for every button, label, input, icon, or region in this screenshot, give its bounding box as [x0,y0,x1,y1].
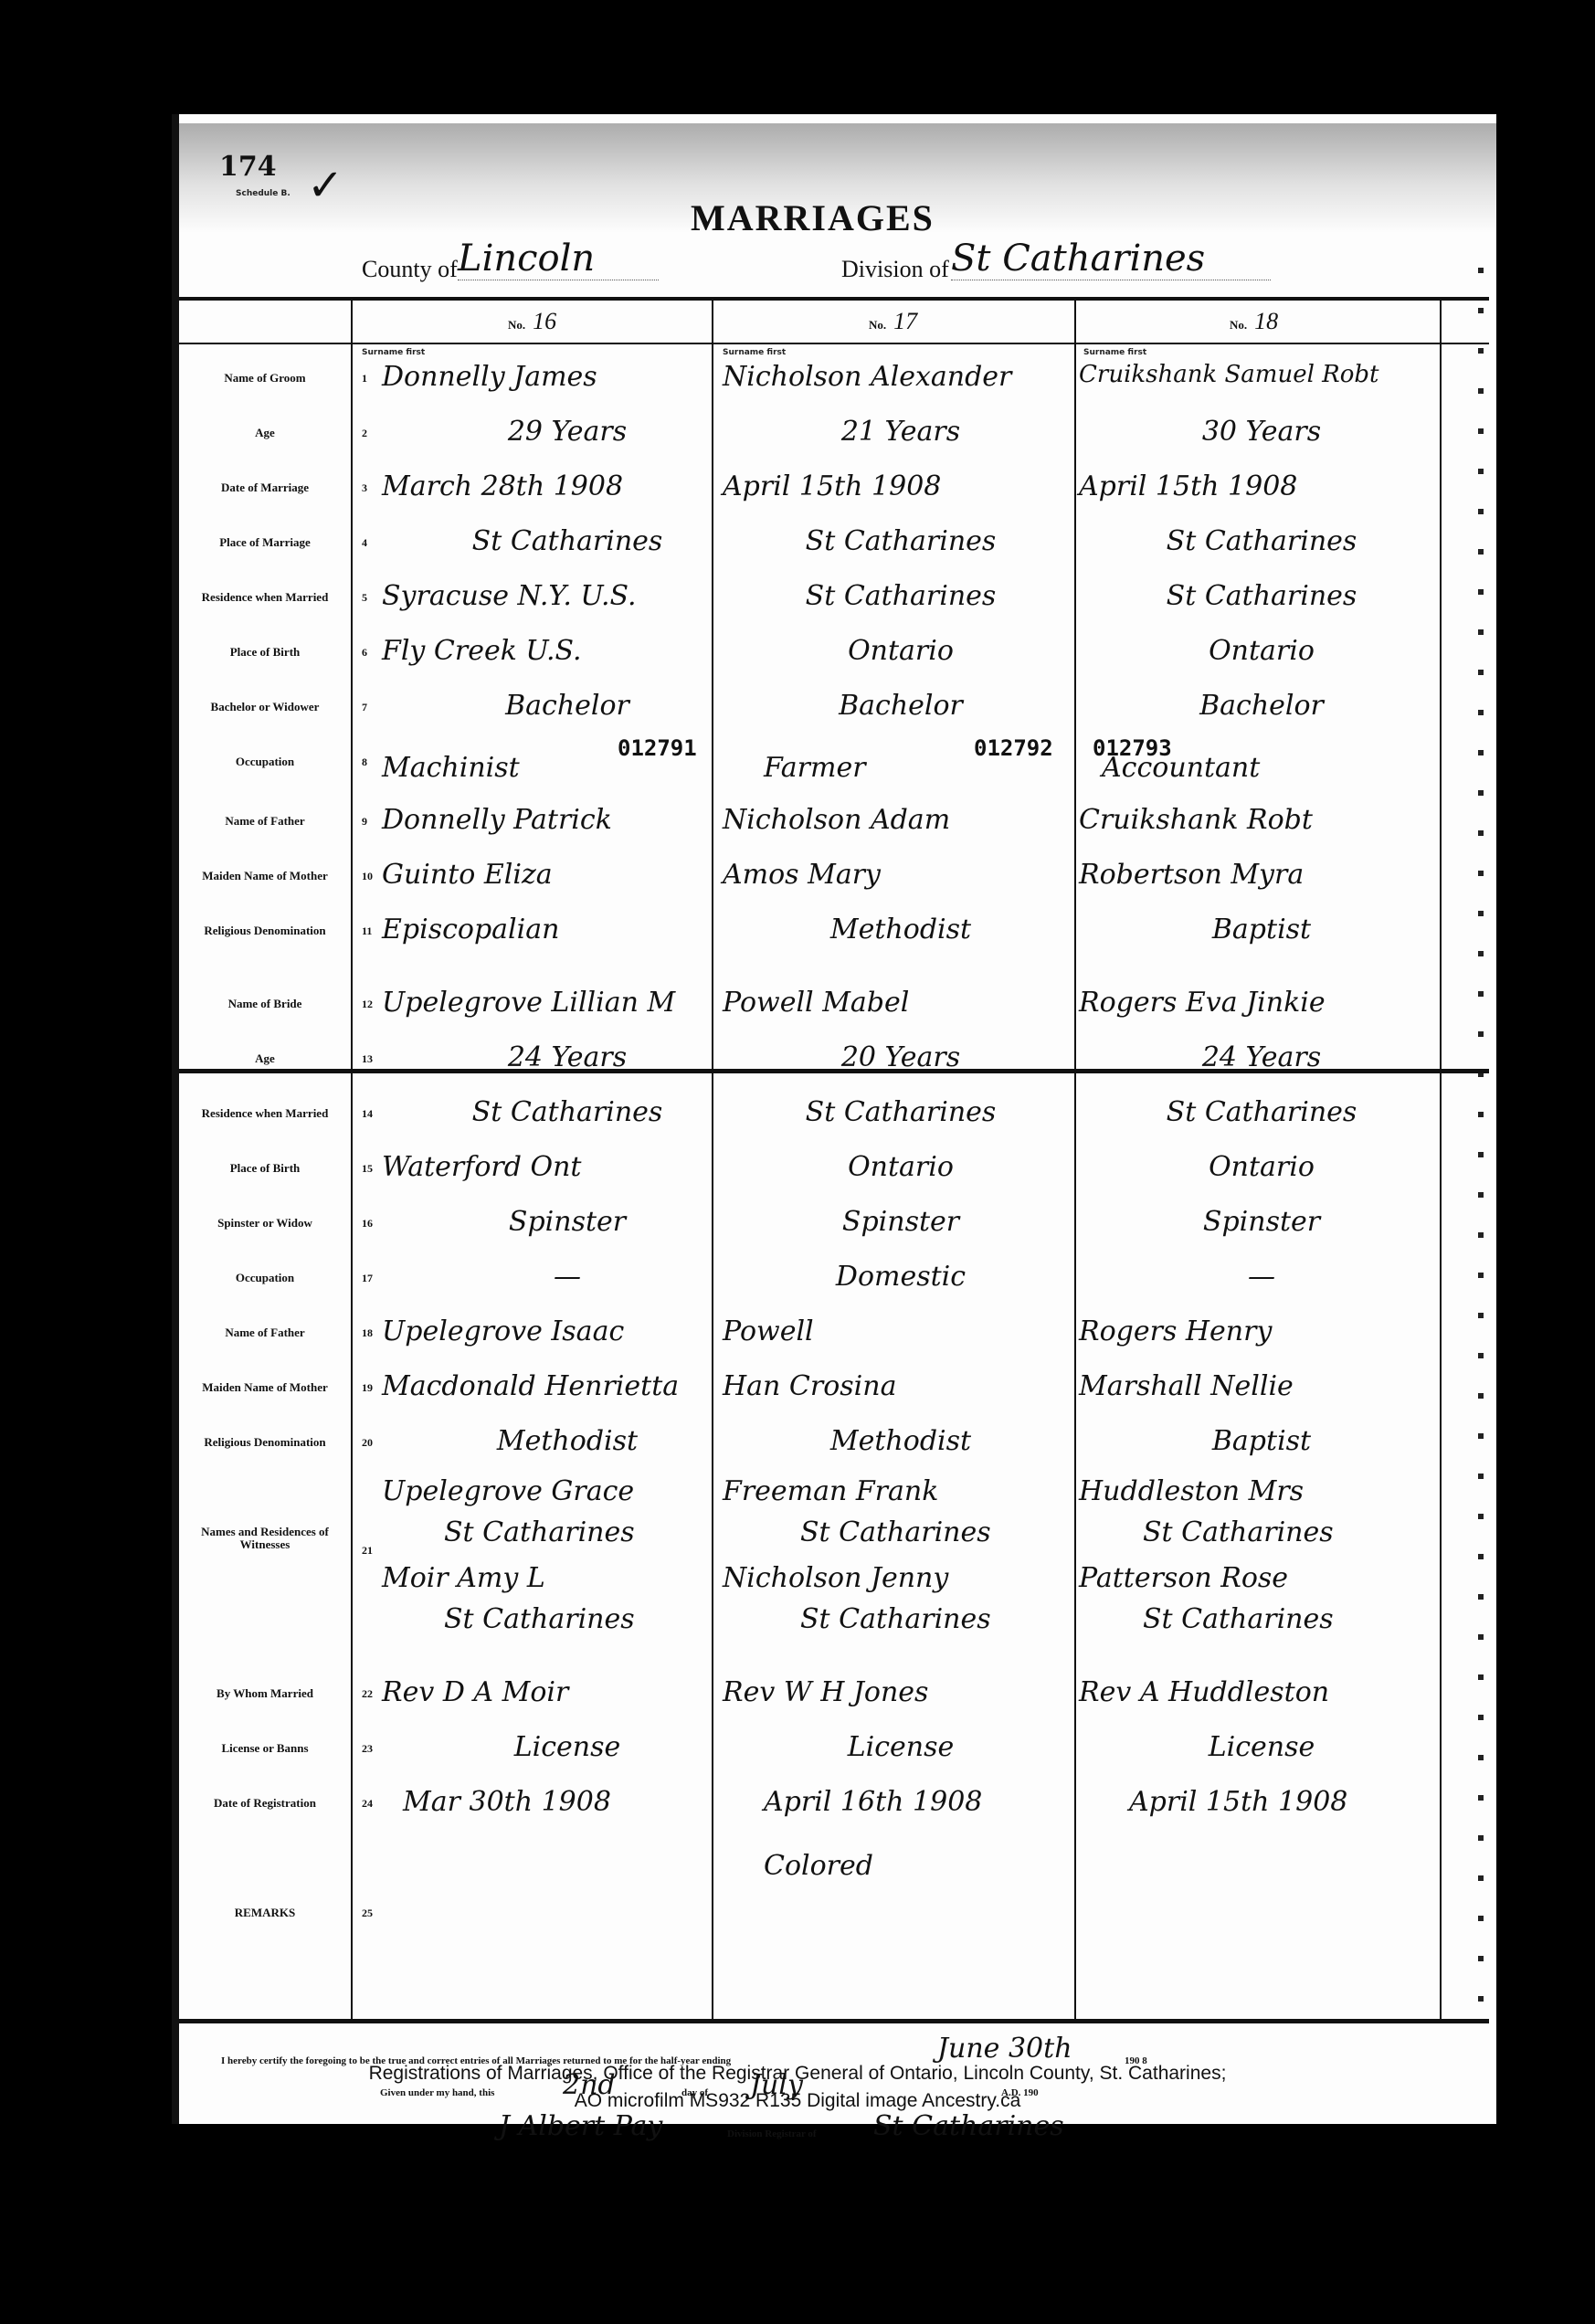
header-rule [179,343,1489,344]
groom-age: 21 Years [723,416,1079,448]
license-or-banns: License [1083,1731,1440,1763]
row-number: 22 [362,1687,373,1701]
witness-residence: St Catharines [444,1603,635,1635]
row-number: 20 [362,1436,373,1450]
row-number: 11 [362,924,372,938]
row-label: Occupation [179,1272,351,1284]
bride-age: 24 Years [394,1041,741,1073]
row-label: Date of Marriage [179,481,351,494]
row-number: 17 [362,1272,373,1285]
registration-date: Mar 30th 1908 [403,1786,611,1818]
marriage-date: April 15th 1908 [723,470,941,502]
groom-name: Nicholson Alexander [723,361,1011,393]
bride-status: Spinster [394,1206,741,1238]
register-table: No.16 No.17 No.18 Surname first Surname … [179,297,1489,2023]
registration-date: April 16th 1908 [764,1786,982,1818]
division-value: St Catharines [951,238,1271,280]
table-top-rule [179,297,1489,301]
bride-religion: Baptist [1083,1425,1440,1457]
witness-name: Nicholson Jenny [723,1562,948,1594]
groom-mother: Guinto Eliza [382,859,553,891]
row-number: 21 [362,1544,373,1558]
column-divider-3 [1440,297,1442,2023]
groom-birthplace: Fly Creek U.S. [382,635,582,667]
surname-first-hint: Surname first [1083,348,1146,357]
officiant: Rev D A Moir [382,1676,568,1708]
bride-status: Spinster [1083,1206,1440,1238]
row-number: 7 [362,701,367,714]
witness-name: Patterson Rose [1079,1562,1288,1594]
groom-residence: St Catharines [1083,580,1440,612]
row-number: 9 [362,815,367,829]
groom-age: 30 Years [1083,416,1440,448]
bride-father: Upelegrove Isaac [382,1315,624,1347]
bride-mother: Marshall Nellie [1079,1370,1294,1402]
row-label: Spinster or Widow [179,1217,351,1230]
groom-religion: Episcopalian [382,914,559,945]
label-column-divider [351,297,353,2023]
registrar-signature: J Albert Pay [499,2110,662,2142]
register-page: 174 Schedule B. ✓ MARRIAGES County of Li… [172,114,1496,2124]
row-label: Bachelor or Widower [179,701,351,713]
row-number: 14 [362,1107,373,1121]
row-label: Name of Father [179,815,351,828]
row-label: REMARKS [179,1907,351,1919]
row-label: Residence when Married [179,1107,351,1120]
row-number: 6 [362,646,367,660]
row-number: 12 [362,998,373,1011]
county-label: County of [362,256,458,283]
witness-name: Freeman Frank [723,1475,938,1507]
groom-mother: Amos Mary [723,859,881,891]
row-label: Name of Groom [179,372,351,385]
row-number: 5 [362,591,367,605]
witness-residence: St Catharines [1143,1516,1334,1548]
bride-occupation: Domestic [723,1261,1079,1293]
groom-occupation: Farmer [764,752,866,784]
division-label: Division of [841,256,949,283]
groom-birthplace: Ontario [723,635,1079,667]
row-number: 18 [362,1326,373,1340]
groom-birthplace: Ontario [1083,635,1440,667]
row-label: Place of Birth [179,1162,351,1175]
registrar-division: St Catharines [873,2110,1064,2142]
row-number: 13 [362,1052,373,1066]
groom-residence: St Catharines [723,580,1079,612]
registration-date: April 15th 1908 [1129,1786,1347,1818]
row-number: 16 [362,1217,373,1231]
bride-residence: St Catharines [723,1096,1079,1128]
groom-mother: Robertson Myra [1079,859,1304,891]
bride-name: Rogers Eva Jinkie [1079,987,1326,1019]
row-label: Age [179,427,351,439]
witness-name: Huddleston Mrs [1079,1475,1304,1507]
county-value: Lincoln [458,238,659,280]
groom-father: Nicholson Adam [723,804,950,836]
bride-mother: Han Crosina [723,1370,896,1402]
bride-religion: Methodist [723,1425,1079,1457]
row-label: Age [179,1052,351,1065]
officiant: Rev W H Jones [723,1676,928,1708]
remarks-value: Colored [764,1850,873,1882]
license-or-banns: License [723,1731,1079,1763]
source-caption-line1: Registrations of Marriages, Office of th… [0,2063,1595,2085]
bride-name: Powell Mabel [723,987,909,1019]
surname-first-hint: Surname first [362,348,425,357]
row-number: 1 [362,372,367,386]
groom-status: Bachelor [394,690,741,722]
row-label: Maiden Name of Mother [179,1381,351,1394]
row-label: Name of Bride [179,998,351,1010]
half-year-ending: June 30th [937,2033,1072,2065]
marriage-date: April 15th 1908 [1079,470,1297,502]
row-number: 2 [362,427,367,440]
row-number: 8 [362,755,367,769]
row-label: Maiden Name of Mother [179,870,351,882]
groom-age: 29 Years [394,416,741,448]
bride-residence: St Catharines [1083,1096,1440,1128]
registration-stamp: 012792 [974,735,1053,761]
table-bottom-rule [179,2019,1489,2023]
bride-residence: St Catharines [394,1096,741,1128]
bride-birthplace: Waterford Ont [382,1151,581,1183]
groom-father: Donnelly Patrick [382,804,612,836]
bride-religion: Methodist [394,1425,741,1457]
entry-number-17: No.17 [869,308,917,335]
groom-status: Bachelor [723,690,1079,722]
bride-status: Spinster [723,1206,1079,1238]
witness-name: Upelegrove Grace [382,1475,634,1507]
bride-age: 24 Years [1083,1041,1440,1073]
groom-father: Cruikshank Robt [1079,804,1313,836]
marriage-place: St Catharines [723,525,1079,557]
bride-birthplace: Ontario [1083,1151,1440,1183]
groom-occupation: Machinist [382,752,520,784]
bride-age: 20 Years [723,1041,1079,1073]
bride-birthplace: Ontario [723,1151,1079,1183]
row-label: Date of Registration [179,1797,351,1810]
registrar-label: Division Registrar of [727,2129,817,2139]
groom-residence: Syracuse N.Y. U.S. [382,580,637,612]
bride-mother: Macdonald Henrietta [382,1370,679,1402]
marriage-place: St Catharines [394,525,741,557]
groom-occupation: Accountant [1102,752,1260,784]
schedule-label: Schedule B. [236,189,290,198]
row-number: 23 [362,1742,373,1756]
row-label: Religious Denomination [179,1436,351,1449]
groom-name: Donnelly James [382,361,597,393]
row-label: License or Banns [179,1742,351,1755]
row-label: Name of Father [179,1326,351,1339]
witness-residence: St Catharines [800,1516,991,1548]
bride-occupation: — [394,1261,741,1293]
bride-name: Upelegrove Lillian M [382,987,675,1019]
witness-residence: St Catharines [1143,1603,1334,1635]
surname-first-hint: Surname first [723,348,786,357]
row-label: Occupation [179,755,351,768]
row-number: 10 [362,870,373,883]
page-title: MARRIAGES [691,196,935,239]
row-number: 15 [362,1162,373,1176]
marriage-place: St Catharines [1083,525,1440,557]
row-number: 3 [362,481,367,495]
row-number: 4 [362,536,367,550]
officiant: Rev A Huddleston [1079,1676,1329,1708]
row-label: Place of Birth [179,646,351,659]
row-label: Place of Marriage [179,536,351,549]
entry-number-18: No.18 [1230,308,1278,335]
page-number: 174 [219,151,277,183]
row-label: Religious Denomination [179,924,351,937]
checkmark-icon: ✓ [307,160,343,211]
entry-number-16: No.16 [508,308,556,335]
table-row-witnesses: Names and Residences of Witnesses 21 Upe… [179,1475,1489,1658]
groom-status: Bachelor [1083,690,1440,722]
witness-name: Moir Amy L [382,1562,545,1594]
bride-father: Powell [723,1315,814,1347]
row-number: 24 [362,1797,373,1811]
groom-religion: Methodist [723,914,1079,945]
license-or-banns: License [394,1731,741,1763]
marriage-date: March 28th 1908 [382,470,623,502]
row-label: Residence when Married [179,591,351,604]
bride-father: Rogers Henry [1079,1315,1272,1347]
bride-occupation: — [1083,1261,1440,1293]
row-label: By Whom Married [179,1687,351,1700]
groom-name: Cruikshank Samuel Robt [1079,361,1379,388]
source-caption-line2: AO microfilm MS932 R135 Digital image An… [0,2090,1595,2112]
row-label: Names and Residences of Witnesses [179,1526,351,1552]
groom-religion: Baptist [1083,914,1440,945]
row-number: 19 [362,1381,373,1395]
registration-stamp: 012791 [618,735,697,761]
witness-residence: St Catharines [800,1603,991,1635]
witness-residence: St Catharines [444,1516,635,1548]
row-number: 25 [362,1907,373,1920]
